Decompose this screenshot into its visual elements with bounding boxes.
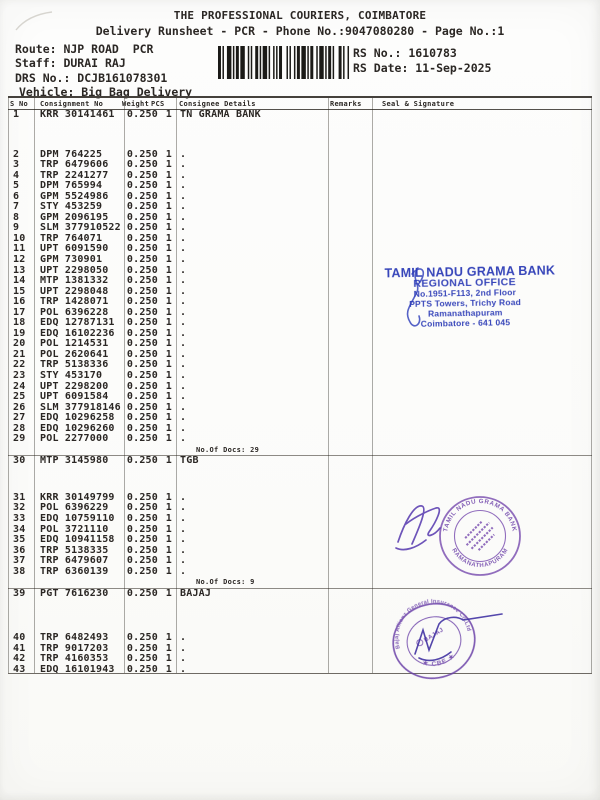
signature-tngb: [396, 506, 440, 550]
consignment-no-cell: POL 2277000: [34, 434, 124, 445]
remarks-cell: [328, 223, 372, 234]
rs-info-block: RS No.: 1610783 RS Date: 11-Sep-2025: [353, 46, 491, 75]
seal-cell: [372, 171, 592, 182]
seal-cell: [372, 360, 592, 371]
seal-cell: [372, 110, 592, 121]
serial-no-cell: 2: [8, 150, 34, 161]
consignee-cell: .: [176, 493, 328, 504]
serial-no-cell: 38: [8, 567, 34, 578]
remarks-cell: [328, 456, 372, 467]
remarks-cell: [328, 160, 372, 171]
serial-no-cell: 30: [8, 456, 34, 467]
tngb-round-stamp: TAMIL NADU GRAMA BANK • RAMANATHAPURAM •: [388, 490, 528, 585]
consignee-cell: .: [176, 525, 328, 536]
consignee-cell: .: [176, 276, 328, 287]
consignee-cell: .: [176, 360, 328, 371]
consignee-cell: .: [176, 413, 328, 424]
weight-cell: 0.250: [124, 456, 158, 467]
table-border-consignment: [124, 98, 125, 674]
remarks-cell: [328, 213, 372, 224]
weight-cell: 0.250: [124, 589, 158, 600]
remarks-cell: [328, 413, 372, 424]
barcode: [218, 46, 352, 79]
seal-cell: [372, 403, 592, 414]
serial-no-cell: 4: [8, 171, 34, 182]
col-header-consignment: Consignment No: [34, 100, 124, 108]
seal-cell: [372, 150, 592, 161]
consignee-cell: .: [176, 297, 328, 308]
remarks-cell: [328, 360, 372, 371]
seal-cell: [372, 371, 592, 382]
serial-no-cell: 39: [8, 589, 34, 600]
seal-cell: [372, 392, 592, 403]
remarks-cell: [328, 424, 372, 435]
svg-text:TAMIL NADU GRAMA BANK: TAMIL NADU GRAMA BANK: [442, 498, 517, 532]
consignee-cell: .: [176, 339, 328, 350]
serial-no-cell: 23: [8, 371, 34, 382]
seal-cell: [372, 350, 592, 361]
pcs-cell: 1: [158, 110, 176, 121]
remarks-cell: [328, 589, 372, 600]
remarks-cell: [328, 234, 372, 245]
bajaj-round-stamp: Bajaj Allianz General Insurance Co.Ltd ★…: [384, 598, 514, 690]
table-row: 23STY 4531700.2501.: [8, 371, 592, 382]
remarks-cell: [328, 266, 372, 277]
remarks-cell: [328, 654, 372, 665]
consignee-cell: .: [176, 255, 328, 266]
consignment-no-cell: KRR 30141461: [34, 110, 124, 121]
remarks-cell: [328, 297, 372, 308]
consignee-cell: .: [176, 202, 328, 213]
remarks-cell: [328, 556, 372, 567]
consignee-cell: .: [176, 382, 328, 393]
docs-count-label: No.Of Docs: 29: [8, 445, 592, 456]
col-header-remarks: Remarks: [328, 100, 372, 108]
remarks-cell: [328, 514, 372, 525]
serial-no-cell: 29: [8, 434, 34, 445]
consignee-cell: .: [176, 350, 328, 361]
remarks-cell: [328, 308, 372, 319]
seal-cell: [372, 382, 592, 393]
table-row: 30MTP 31459800.2501TGB: [8, 456, 592, 467]
consignee-cell: .: [176, 150, 328, 161]
remarks-cell: [328, 318, 372, 329]
shipment-info-block: Route: NJP ROAD PCR Staff: DURAI RAJ DRS…: [15, 42, 192, 100]
pcs-cell: 1: [158, 371, 176, 382]
col-header-consignee: Consignee Details: [176, 100, 328, 108]
consignee-cell: .: [176, 287, 328, 298]
weight-cell: 0.250: [124, 514, 158, 525]
pcs-cell: 1: [158, 255, 176, 266]
consignee-cell: .: [176, 371, 328, 382]
consignee-cell: .: [176, 171, 328, 182]
remarks-cell: [328, 339, 372, 350]
remarks-cell: [328, 535, 372, 546]
consignee-address-blank: [8, 467, 592, 493]
table-border-sno: [34, 98, 35, 674]
serial-no-cell: 7: [8, 202, 34, 213]
consignee-cell: .: [176, 160, 328, 171]
seal-cell: [372, 234, 592, 245]
serial-no-cell: 8: [8, 213, 34, 224]
seal-cell: [372, 456, 592, 467]
table-border-right: [591, 98, 592, 674]
consignee-cell: BAJAJ: [176, 589, 328, 600]
seal-cell: [372, 181, 592, 192]
consignee-cell: .: [176, 424, 328, 435]
serial-no-cell: 12: [8, 255, 34, 266]
remarks-cell: [328, 493, 372, 504]
serial-no-cell: 6: [8, 192, 34, 203]
serial-no-cell: 3: [8, 160, 34, 171]
route-line: Route: NJP ROAD PCR: [15, 42, 192, 56]
table-border-pcs: [176, 98, 177, 674]
staff-line: Staff: DURAI RAJ: [15, 56, 192, 70]
consignee-cell: .: [176, 654, 328, 665]
drs-no-line: DRS No.: DCJB161078301: [15, 71, 192, 85]
remarks-cell: [328, 150, 372, 161]
table-border-consignee: [328, 98, 329, 674]
consignee-cell: .: [176, 644, 328, 655]
pcs-cell: 1: [158, 567, 176, 578]
consignee-cell: .: [176, 434, 328, 445]
remarks-cell: [328, 434, 372, 445]
remarks-cell: [328, 392, 372, 403]
remarks-cell: [328, 110, 372, 121]
signature-address-stamp: [392, 258, 452, 340]
col-header-sno: S No: [8, 100, 34, 108]
consignee-cell: .: [176, 546, 328, 557]
consignee-cell: TGB: [176, 456, 328, 467]
serial-no-cell: 1: [8, 110, 34, 121]
serial-no-cell: 33: [8, 514, 34, 525]
table-row: 1KRR 301414610.2501TN GRAMA BANK: [8, 110, 592, 121]
consignment-no-cell: STY 453170: [34, 371, 124, 382]
consignee-cell: .: [176, 213, 328, 224]
consignee-cell: .: [176, 244, 328, 255]
serial-no-cell: 5: [8, 181, 34, 192]
weight-cell: 0.250: [124, 371, 158, 382]
consignment-no-cell: EDQ 10759110: [34, 514, 124, 525]
rs-no-line: RS No.: 1610783: [353, 46, 491, 61]
consignee-cell: .: [176, 633, 328, 644]
weight-cell: 0.250: [124, 110, 158, 121]
consignee-address-blank: [8, 121, 592, 150]
table-border-remarks: [372, 98, 373, 674]
remarks-cell: [328, 202, 372, 213]
consignee-cell: .: [176, 234, 328, 245]
seal-cell: [372, 223, 592, 234]
weight-cell: 0.250: [124, 567, 158, 578]
consignee-cell: .: [176, 503, 328, 514]
consignee-cell: .: [176, 567, 328, 578]
remarks-cell: [328, 644, 372, 655]
page-subtitle: Delivery Runsheet - PCR - Phone No.:9047…: [0, 24, 600, 38]
col-header-seal: Seal & Signature: [372, 100, 592, 108]
seal-cell: [372, 424, 592, 435]
remarks-cell: [328, 255, 372, 266]
weight-cell: 0.250: [124, 255, 158, 266]
pcs-cell: 1: [158, 434, 176, 445]
consignee-cell: .: [176, 403, 328, 414]
remarks-cell: [328, 633, 372, 644]
consignment-no-cell: PGT 7616230: [34, 589, 124, 600]
table-body: 1KRR 301414610.2501TN GRAMA BANK2DPM 764…: [8, 110, 592, 676]
consignee-cell: .: [176, 181, 328, 192]
remarks-cell: [328, 329, 372, 340]
remarks-cell: [328, 525, 372, 536]
consignee-cell: .: [176, 514, 328, 525]
consignee-cell: .: [176, 392, 328, 403]
remarks-cell: [328, 546, 372, 557]
consignment-no-cell: TRP 6360139: [34, 567, 124, 578]
consignee-cell: TN GRAMA BANK: [176, 110, 328, 121]
consignee-cell: .: [176, 223, 328, 234]
pcs-cell: 1: [158, 514, 176, 525]
seal-cell: [372, 339, 592, 350]
remarks-cell: [328, 287, 372, 298]
consignee-cell: .: [176, 329, 328, 340]
seal-cell: [372, 413, 592, 424]
stamp-inner-text-lines: [462, 518, 497, 553]
weight-cell: 0.250: [124, 434, 158, 445]
remarks-cell: [328, 171, 372, 182]
consignee-cell: .: [176, 308, 328, 319]
consignee-cell: .: [176, 192, 328, 203]
seal-cell: [372, 202, 592, 213]
col-header-pcs: PCS: [151, 100, 176, 108]
consignment-table: S No Consignment No Weight PCS Consignee…: [8, 96, 592, 675]
seal-cell: [372, 434, 592, 445]
seal-cell: [372, 213, 592, 224]
consignee-cell: .: [176, 535, 328, 546]
delivery-runsheet-document: THE PROFESSIONAL COURIERS, COIMBATORE De…: [0, 0, 600, 800]
table-row: 29POL 22770000.2501.: [8, 434, 592, 445]
consignee-cell: .: [176, 556, 328, 567]
consignee-cell: .: [176, 318, 328, 329]
seal-cell: [372, 244, 592, 255]
remarks-cell: [328, 371, 372, 382]
seal-cell: [372, 160, 592, 171]
consignee-cell: .: [176, 266, 328, 277]
remarks-cell: [328, 503, 372, 514]
page-title: THE PROFESSIONAL COURIERS, COIMBATORE: [0, 9, 600, 22]
seal-cell: [372, 192, 592, 203]
consignment-no-cell: MTP 3145980: [34, 456, 124, 467]
remarks-cell: [328, 192, 372, 203]
remarks-cell: [328, 403, 372, 414]
remarks-cell: [328, 181, 372, 192]
pcs-cell: 1: [158, 589, 176, 600]
remarks-cell: [328, 567, 372, 578]
table-border-left: [8, 98, 9, 674]
remarks-cell: [328, 276, 372, 287]
remarks-cell: [328, 382, 372, 393]
pcs-cell: 1: [158, 456, 176, 467]
remarks-cell: [328, 244, 372, 255]
remarks-cell: [328, 350, 372, 361]
rs-date-line: RS Date: 11-Sep-2025: [353, 61, 491, 76]
consignment-no-cell: GPM 730901: [34, 255, 124, 266]
